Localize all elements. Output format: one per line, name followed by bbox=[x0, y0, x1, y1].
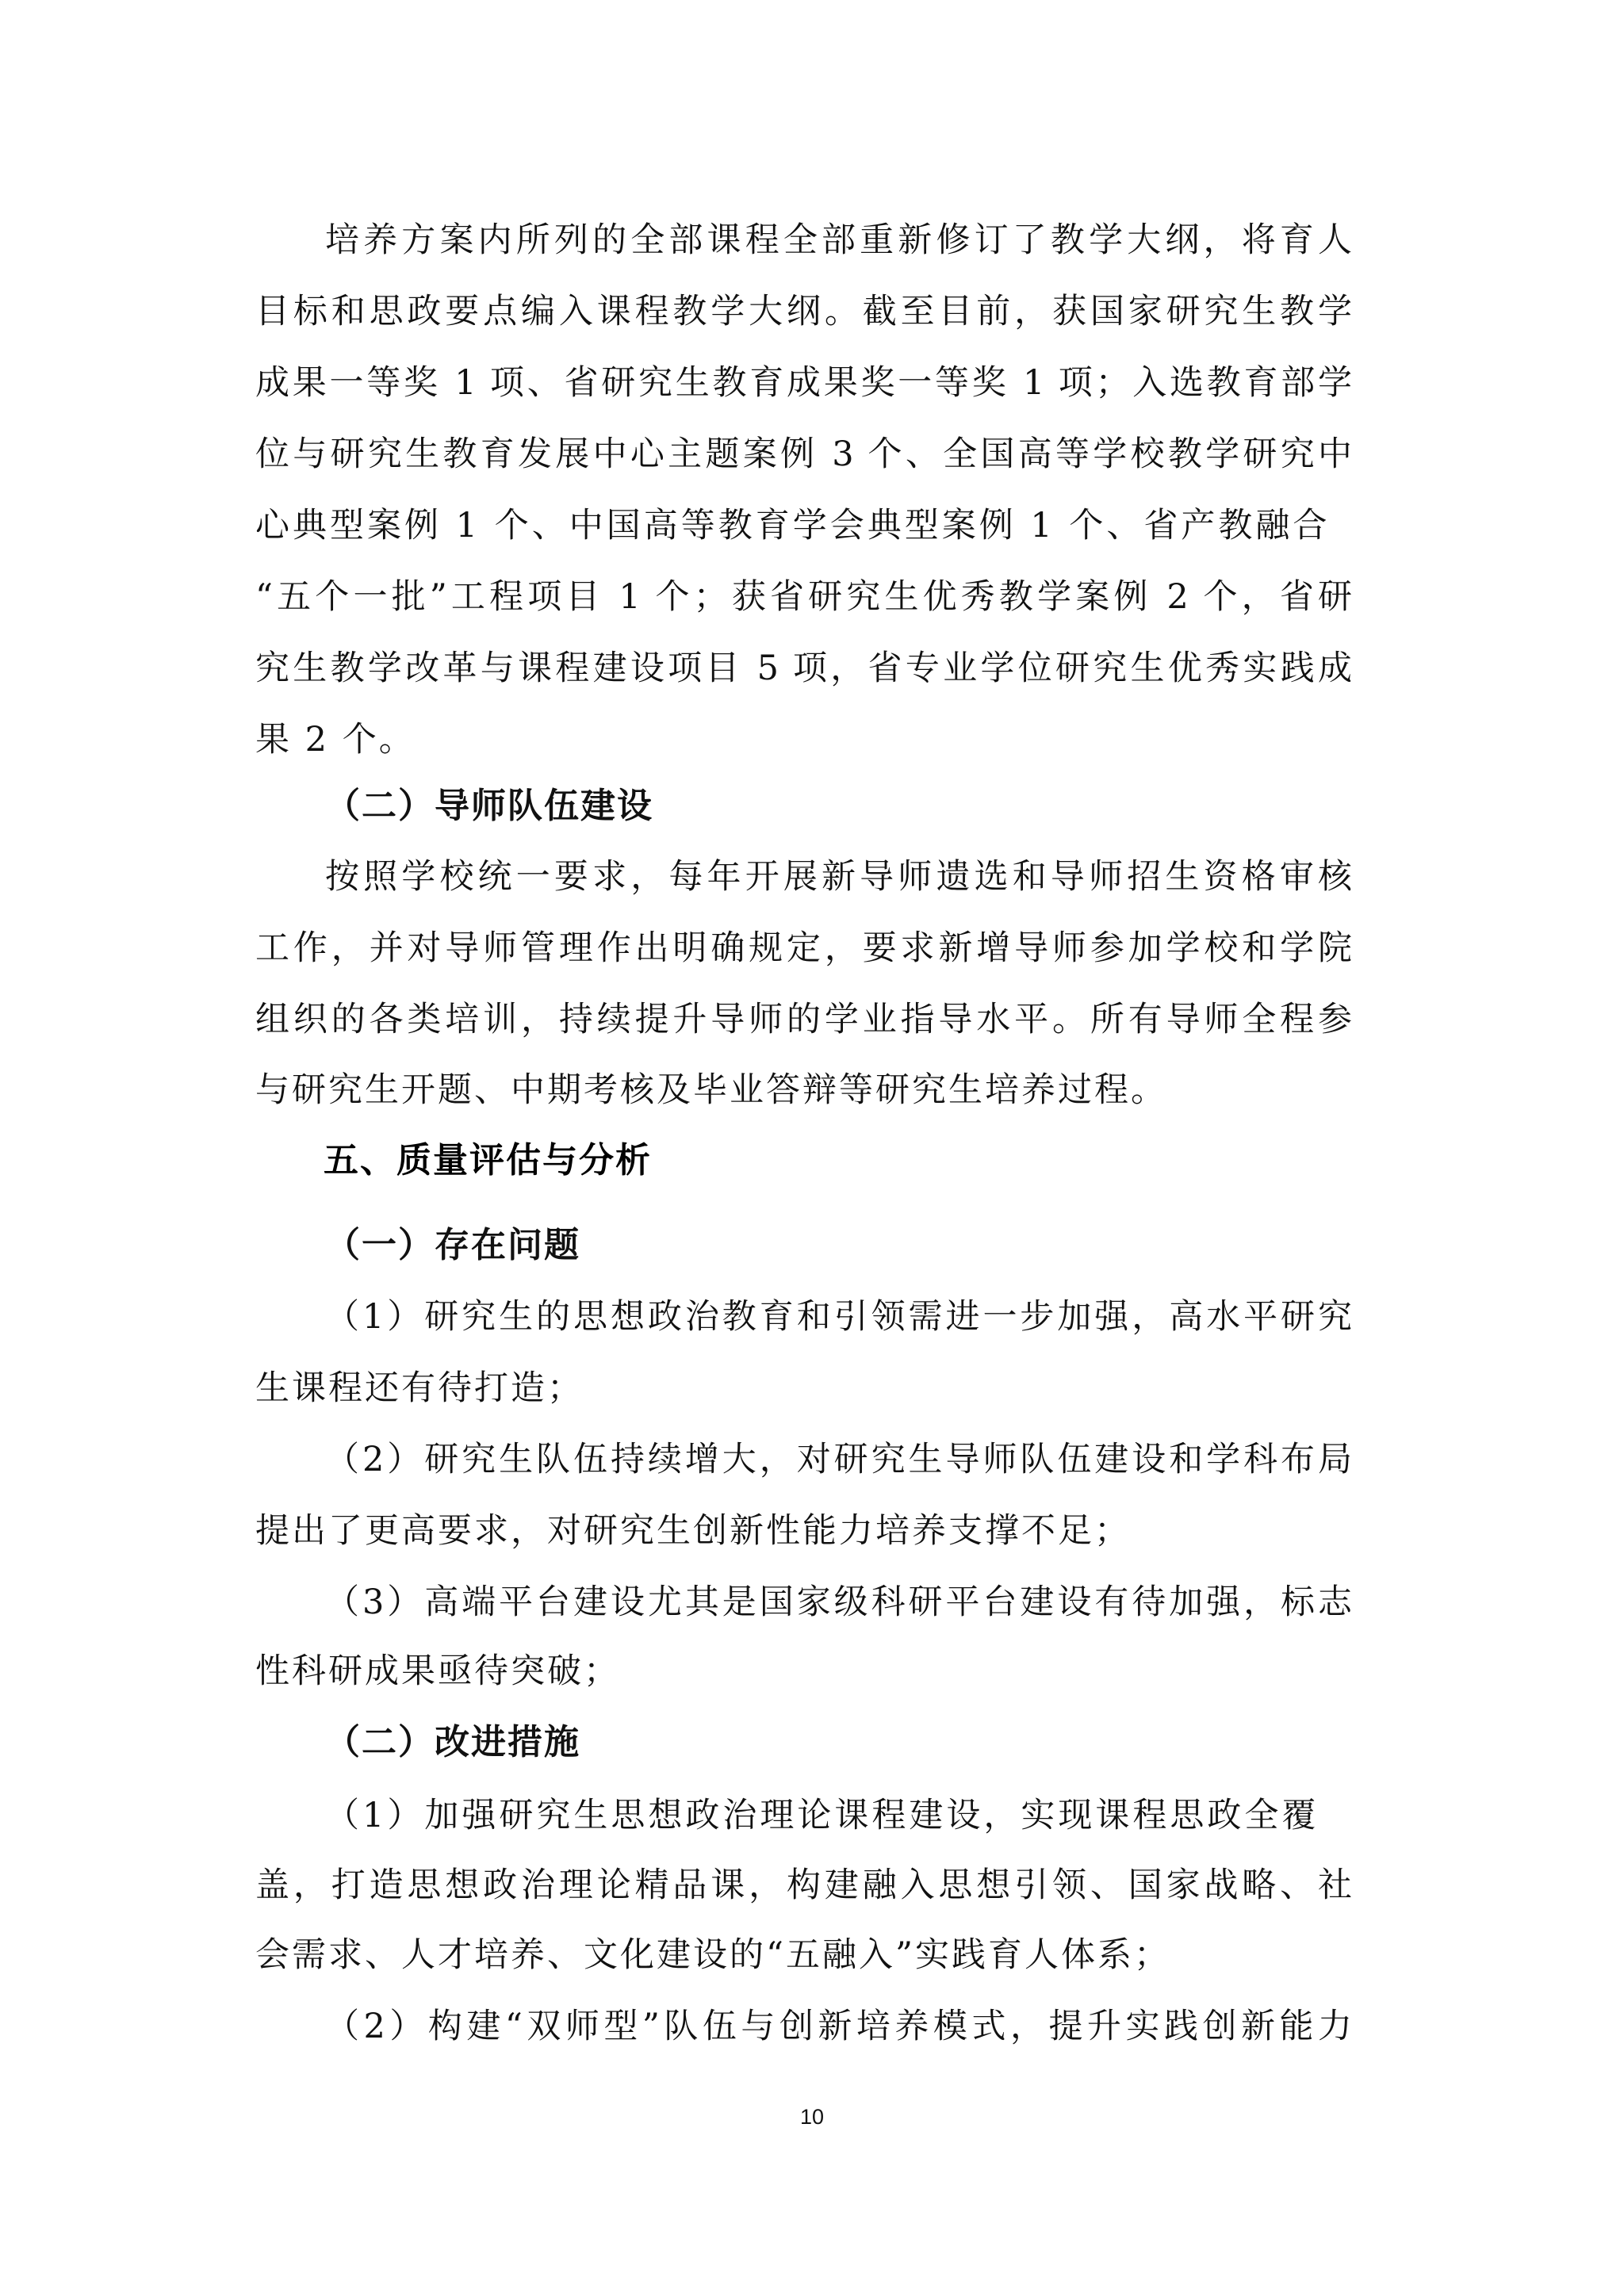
text-line: （1）加强研究生思想政治理论课程建设，实现课程思政全覆 bbox=[325, 1792, 1352, 1839]
text-line: 培养方案内所列的全部课程全部重新修订了教学大纲，将育人 bbox=[325, 216, 1352, 264]
text-line: 究生教学改革与课程建设项目 5 项，省专业学位研究生优秀实践成 bbox=[255, 645, 1352, 692]
text-line: （2）构建“双师型”队伍与创新培养模式，提升实践创新能力 bbox=[325, 2003, 1352, 2050]
text-line: 工作，并对导师管理作出明确规定，要求新增导师参加学校和学院 bbox=[255, 924, 1352, 972]
text-line: （3）高端平台建设尤其是国家级科研平台建设有待加强，标志 bbox=[325, 1578, 1352, 1626]
section-heading-supervisor-team: （二）导师队伍建设 bbox=[325, 783, 653, 830]
text-line: “五个一批”工程项目 1 个；获省研究生优秀教学案例 2 个，省研 bbox=[255, 573, 1352, 621]
page-number: 10 bbox=[793, 2101, 831, 2133]
text-line: （1）研究生的思想政治教育和引领需进一步加强，高水平研究 bbox=[325, 1293, 1352, 1341]
text-line: 果 2 个。 bbox=[255, 716, 1352, 763]
text-line: 目标和思政要点编入课程教学大纲。截至目前，获国家研究生教学 bbox=[255, 288, 1352, 335]
subsection-heading-improvement-measures: （二）改进措施 bbox=[325, 1719, 580, 1766]
text-line: 与研究生开题、中期考核及毕业答辩等研究生培养过程。 bbox=[255, 1066, 1352, 1114]
text-line: 会需求、人才培养、文化建设的“五融入”实践育人体系； bbox=[255, 1931, 1352, 1979]
text-line: 成果一等奖 1 项、省研究生教育成果奖一等奖 1 项；入选教育部学 bbox=[255, 359, 1352, 407]
text-line: 盖，打造思想政治理论精品课，构建融入思想引领、国家战略、社 bbox=[255, 1862, 1352, 1909]
text-line: 心典型案例 1 个、中国高等教育学会典型案例 1 个、省产教融合 bbox=[255, 502, 1352, 549]
subsection-heading-problems: （一）存在问题 bbox=[325, 1222, 580, 1269]
text-line: 组织的各类培训，持续提升导师的学业指导水平。所有导师全程参 bbox=[255, 996, 1352, 1043]
text-line: 位与研究生教育发展中心主题案例 3 个、全国高等学校教学研究中 bbox=[255, 430, 1352, 478]
section-heading-quality-evaluation: 五、质量评估与分析 bbox=[324, 1137, 652, 1184]
text-line: （2）研究生队伍持续增大，对研究生导师队伍建设和学科布局 bbox=[325, 1436, 1352, 1483]
text-line: 按照学校统一要求，每年开展新导师遗选和导师招生资格审核 bbox=[325, 853, 1352, 901]
text-line: 生课程还有待打造； bbox=[255, 1364, 1352, 1412]
document-page: 培养方案内所列的全部课程全部重新修订了教学大纲，将育人 目标和思政要点编入课程教… bbox=[0, 0, 1624, 2296]
text-line: 性科研成果亟待突破； bbox=[255, 1647, 1352, 1695]
text-line: 提出了更高要求，对研究生创新性能力培养支撑不足； bbox=[255, 1507, 1352, 1555]
